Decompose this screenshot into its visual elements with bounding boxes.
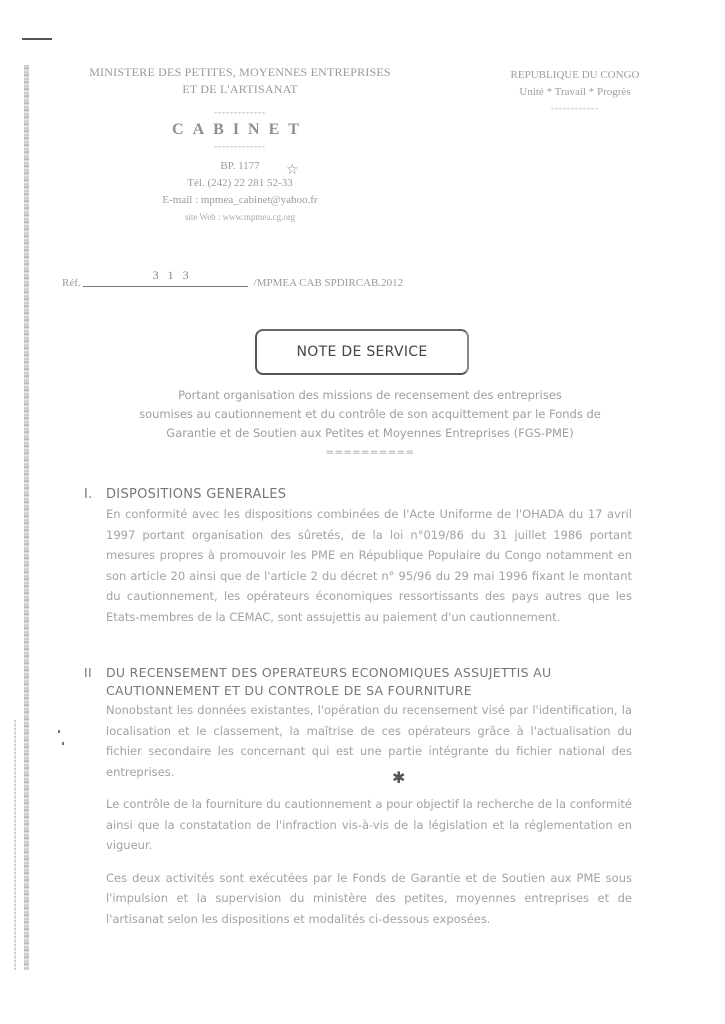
cabinet-title: CABINET — [60, 120, 420, 140]
republic-title: REPUBLIQUE DU CONGO — [480, 66, 670, 84]
section-general-provisions: I. DISPOSITIONS GENERALES En conformité … — [84, 486, 632, 639]
section-heading: II DU RECENSEMENT DES OPERATEURS ECONOMI… — [84, 664, 632, 700]
republic-header: REPUBLIQUE DU CONGO Unité * Travail * Pr… — [480, 66, 670, 114]
postal-box: BP. 1177 — [60, 158, 420, 175]
section-number: I. — [84, 486, 106, 504]
reference-number: 3 1 3 — [153, 268, 192, 283]
separator: ------------- — [60, 106, 420, 118]
signature-mark-icon: ☆ — [286, 162, 299, 178]
national-motto: Unité * Travail * Progrès — [480, 84, 670, 100]
reference-suffix: /MPMEA CAB SPDIRCAB.2012 — [254, 277, 403, 289]
subtitle-line: Garantie et de Soutien aux Petites et Mo… — [110, 424, 630, 443]
subtitle-separator: ========== — [110, 443, 630, 462]
binding-strip — [24, 65, 29, 970]
reference-label: Réf. — [62, 277, 81, 289]
page-edge-mark — [22, 38, 52, 40]
note-title: NOTE DE SERVICE — [297, 344, 428, 360]
email-address: E-mail : mpmea_cabinet@yahoo.fr — [60, 192, 420, 209]
binding-strip-secondary — [14, 720, 16, 970]
subtitle-line: soumises au cautionnement et du contrôle… — [110, 405, 630, 424]
paragraph: Ces deux activités sont exécutées par le… — [106, 868, 632, 930]
paragraph: En conformité avec les dispositions comb… — [106, 504, 632, 627]
separator: ------------ — [480, 102, 670, 114]
section-body: Nonobstant les données existantes, l'opé… — [106, 700, 632, 929]
star-mark-icon: ✱ — [392, 768, 405, 787]
reference-line: Réf. 3 1 3 /MPMEA CAB SPDIRCAB.2012 — [62, 272, 403, 289]
ministry-line-2: ET DE L'ARTISANAT — [60, 81, 420, 98]
section-number: II — [84, 664, 106, 700]
section-body: En conformité avec les dispositions comb… — [106, 504, 632, 627]
note-title-box: NOTE DE SERVICE — [255, 329, 469, 375]
paragraph: Le contrôle de la fourniture du cautionn… — [106, 794, 632, 856]
section-title: DU RECENSEMENT DES OPERATEURS ECONOMIQUE… — [106, 664, 632, 700]
paragraph: Nonobstant les données existantes, l'opé… — [106, 700, 632, 782]
section-census-operators: II DU RECENSEMENT DES OPERATEURS ECONOMI… — [84, 664, 632, 941]
telephone: Tél. (242) 22 281 52-33 — [60, 175, 420, 192]
ministry-header: MINISTERE DES PETITES, MOYENNES ENTREPRI… — [60, 64, 420, 226]
section-title: DISPOSITIONS GENERALES — [106, 486, 632, 504]
ministry-line-1: MINISTERE DES PETITES, MOYENNES ENTREPRI… — [60, 64, 420, 81]
section-heading: I. DISPOSITIONS GENERALES — [84, 486, 632, 504]
stray-mark — [62, 742, 64, 745]
reference-blank: 3 1 3 — [83, 272, 248, 287]
stray-mark — [58, 730, 60, 733]
separator: ------------- — [60, 140, 420, 152]
website: site Web : www.mpmea.cg.org — [60, 209, 420, 226]
note-subtitle: Portant organisation des missions de rec… — [110, 386, 630, 462]
subtitle-line: Portant organisation des missions de rec… — [110, 386, 630, 405]
